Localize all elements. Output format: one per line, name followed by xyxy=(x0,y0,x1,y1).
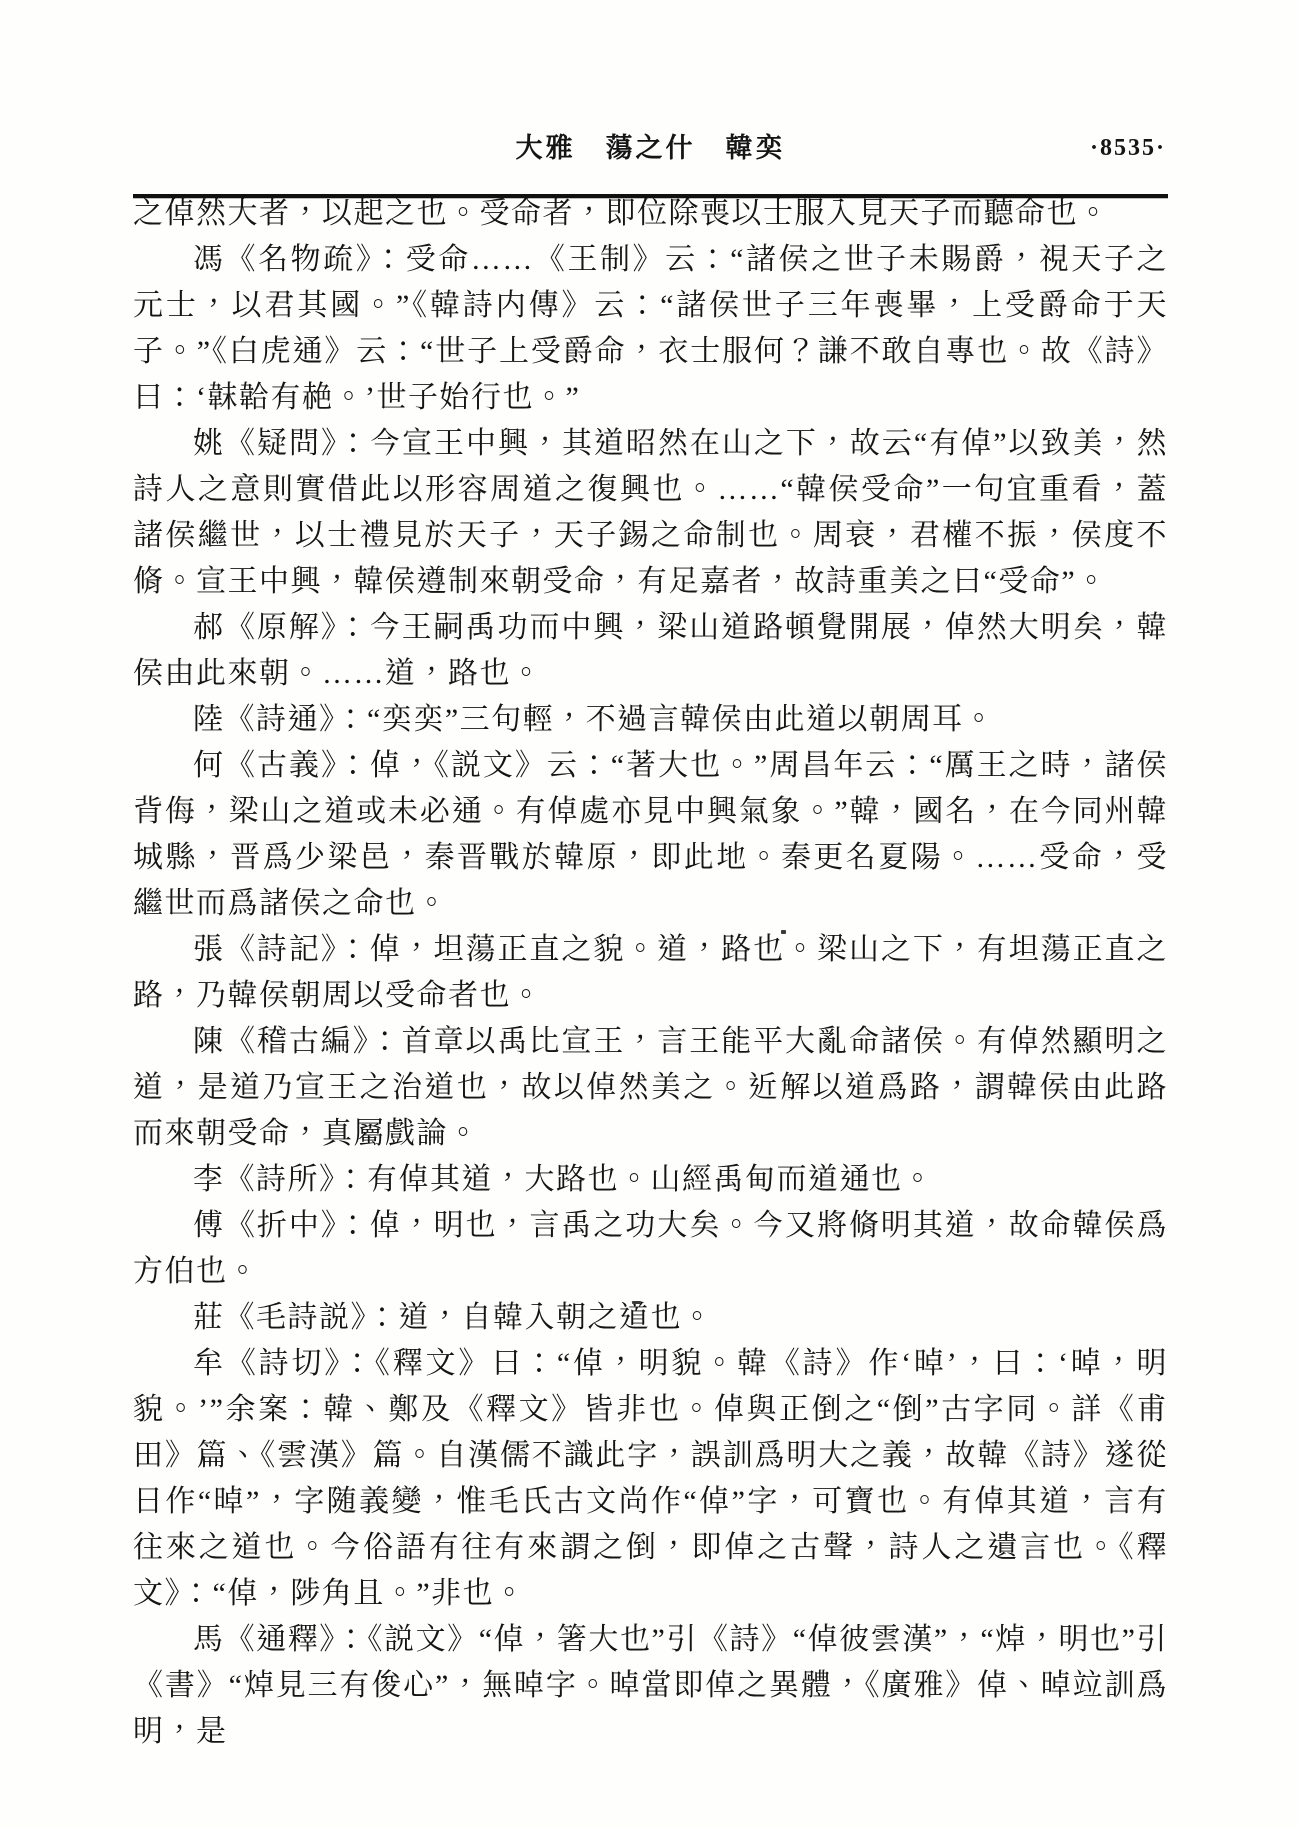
commentary-paragraph: 莊《毛詩説》：道，自韓入朝之道也。 xyxy=(133,1295,1168,1341)
commentary-paragraph: 李《詩所》：有倬其道，大路也。山經禹甸而道通也。 xyxy=(133,1157,1168,1203)
ink-speck xyxy=(632,1301,641,1304)
commentary-paragraph: 陳《稽古編》：首章以禹比宣王，言王能平大亂命諸侯。有倬然顯明之道，是道乃宣王之治… xyxy=(133,1019,1168,1157)
commentary-paragraph: 陸《詩通》：“奕奕”三句輕，不過言韓侯由此道以朝周耳。 xyxy=(133,697,1168,743)
commentary-paragraph: 馬《通釋》：《説文》“倬，箸大也”引《詩》“倬彼雲漢”，“焯，明也”引《書》“焯… xyxy=(133,1617,1168,1755)
commentary-paragraph: 張《詩記》：倬，坦蕩正直之貌。道，路也。梁山之下，有坦蕩正直之路，乃韓侯朝周以受… xyxy=(133,927,1168,1019)
ink-speck xyxy=(781,930,786,934)
commentary-paragraph: 牟《詩切》：《釋文》曰：“倬，明貌。韓《詩》作‘晫’，曰：‘晫，明貌。’”余案：… xyxy=(133,1341,1168,1617)
commentary-paragraph: 傅《折中》：倬，明也，言禹之功大矣。今又將脩明其道，故命韓侯爲方伯也。 xyxy=(133,1203,1168,1295)
commentary-paragraph: 之倬然大者，以起之也。受命者，即位除喪以士服入見天子而聽命也。 xyxy=(133,191,1168,237)
chapter-heading: 大雅 蕩之什 韓奕 xyxy=(133,131,1168,165)
commentary-text: 之倬然大者，以起之也。受命者，即位除喪以士服入見天子而聽命也。馮《名物疏》：受命… xyxy=(133,191,1168,1755)
commentary-paragraph: 姚《疑問》：今宣王中興，其道昭然在山之下，故云“有倬”以致美，然詩人之意則實借此… xyxy=(133,421,1168,605)
scanned-page: 大雅 蕩之什 韓奕 ·8535· 之倬然大者，以起之也。受命者，即位除喪以士服入… xyxy=(0,0,1300,1827)
commentary-paragraph: 何《古義》：倬，《説文》云：“著大也。”周昌年云：“厲王之時，諸侯背侮，梁山之道… xyxy=(133,743,1168,927)
page-number: ·8535· xyxy=(1090,131,1166,165)
commentary-paragraph: 馮《名物疏》：受命……《王制》云：“諸侯之世子未賜爵，視天子之元士，以君其國。”… xyxy=(133,237,1168,421)
page-header: 大雅 蕩之什 韓奕 ·8535· xyxy=(133,131,1168,165)
commentary-paragraph: 郝《原解》：今王嗣禹功而中興，梁山道路頓覺開展，倬然大明矣，韓侯由此來朝。……道… xyxy=(133,605,1168,697)
